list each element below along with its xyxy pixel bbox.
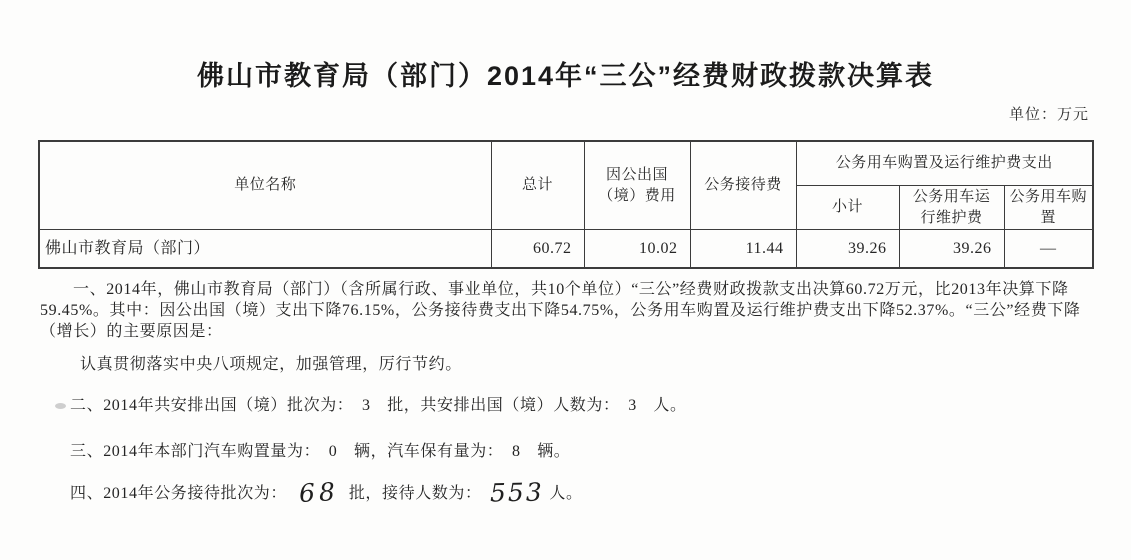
- col-header-abroad-line2: （境）费用: [585, 186, 690, 206]
- cell-vehicle-subtotal: 39.26: [796, 230, 899, 269]
- unit-label: 单位：万元: [1009, 103, 1089, 124]
- note-item2: 二、2014年共安排出国（境）批次为： 3 批，共安排出国（境）人数为： 3 人…: [40, 396, 687, 416]
- cell-unit-name: 佛山市教育局（部门）: [39, 230, 491, 269]
- cell-reception: 11.44: [690, 230, 796, 269]
- note-item3: 三、2014年本部门汽车购置量为： 0 辆，汽车保有量为： 8 辆。: [40, 442, 570, 462]
- cell-vehicle-maintenance: 39.26: [899, 230, 1004, 269]
- col-header-total: 总计: [491, 141, 584, 230]
- note-para1-line2: 59.45%。其中：因公出国（境）支出下降76.15%，公务接待费支出下降54.…: [40, 301, 1081, 321]
- note-item4: 四、2014年公务接待批次为：68批，接待人数为：553人。: [40, 484, 583, 504]
- note-item4-suffix: 人。: [549, 485, 582, 502]
- scanned-document-page: 佛山市教育局（部门）2014年“三公”经费财政拨款决算表 单位：万元 单位名称 …: [0, 0, 1131, 560]
- col-header-vehicle-group: 公务用车购置及运行维护费支出: [796, 141, 1093, 186]
- note-item4-prefix: 四、2014年公务接待批次为：: [70, 485, 287, 502]
- col-header-abroad: 因公出国 （境）费用: [584, 141, 690, 230]
- col-header-vehicle-subtotal: 小计: [796, 186, 899, 230]
- col-header-unit-name: 单位名称: [39, 141, 491, 230]
- note-item4-middle: 批，接待人数为：: [349, 485, 482, 502]
- col-header-reception: 公务接待费: [690, 141, 796, 230]
- note-reason: 认真贯彻落实中央八项规定，加强管理，厉行节约。: [40, 355, 462, 375]
- col-header-abroad-line1: 因公出国: [585, 165, 690, 185]
- cell-vehicle-purchase: —: [1004, 230, 1093, 269]
- cell-total: 60.72: [491, 230, 584, 269]
- col-header-vehicle-maintenance: 公务用车运 行维护费: [899, 186, 1004, 230]
- table-row: 佛山市教育局（部门） 60.72 10.02 11.44 39.26 39.26…: [39, 230, 1093, 269]
- scan-speck: [806, 67, 809, 70]
- handwritten-batches-count: 68: [299, 485, 339, 501]
- col-header-vehicle-purchase-line1: 公务用车购: [1005, 187, 1093, 207]
- scan-smudge: [55, 403, 66, 409]
- handwritten-people-count: 553: [490, 486, 544, 501]
- col-header-vehicle-purchase-line2: 置: [1005, 208, 1093, 228]
- note-para1-line3: （增长）的主要原因是：: [40, 322, 223, 342]
- col-header-vehicle-maintenance-line1: 公务用车运: [900, 187, 1004, 207]
- col-header-vehicle-purchase: 公务用车购 置: [1004, 186, 1093, 230]
- cell-abroad: 10.02: [584, 230, 690, 269]
- col-header-vehicle-maintenance-line2: 行维护费: [900, 208, 1004, 228]
- budget-table: 单位名称 总计 因公出国 （境）费用 公务接待费 公务用车购置及运行维护费支出 …: [38, 140, 1094, 269]
- page-title: 佛山市教育局（部门）2014年“三公”经费财政拨款决算表: [0, 54, 1131, 93]
- note-para1-line1: 一、2014年，佛山市教育局（部门）（含所属行政、事业单位，共10个单位）“三公…: [40, 280, 1069, 300]
